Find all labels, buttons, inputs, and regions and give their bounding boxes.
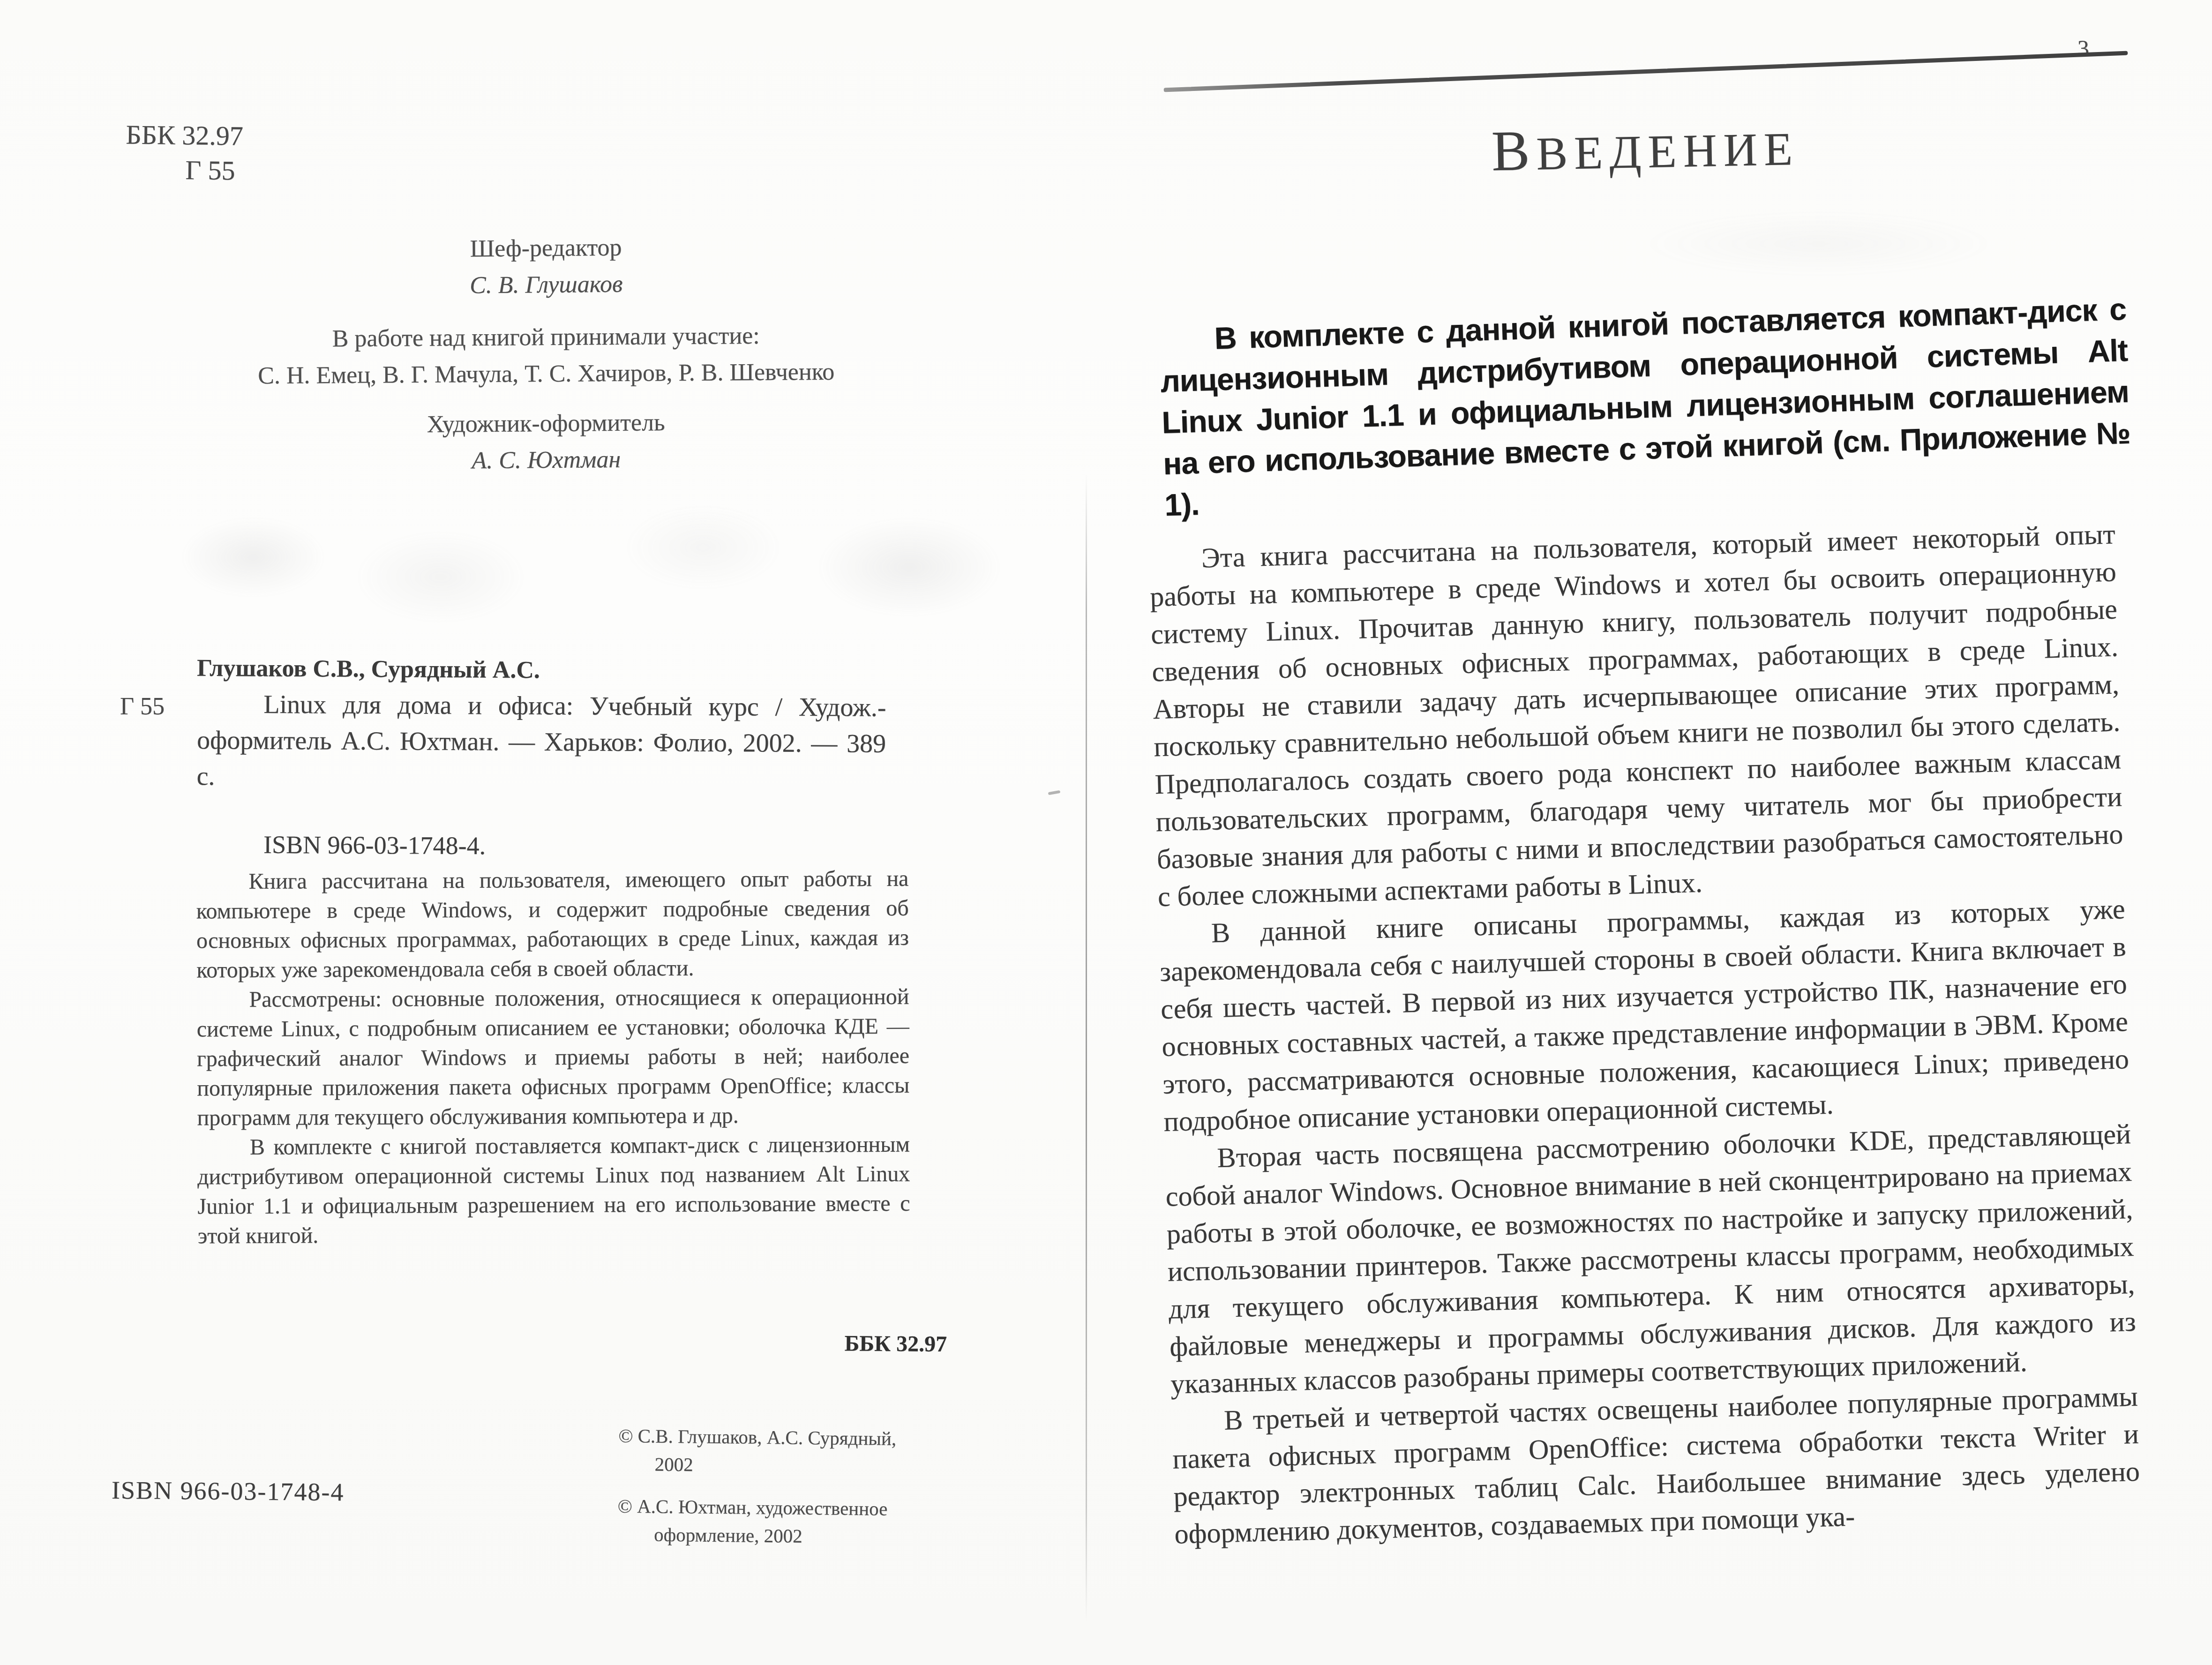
copyright-list: © С.В. Глушаков, А.С. Сурядный, 2002 © А… — [617, 1422, 918, 1566]
body-paragraph: В третьей и четвертой частях освещены на… — [1171, 1378, 2141, 1553]
copyright-item: © А.С. Юхтман, художественное оформление… — [617, 1492, 918, 1552]
body-text-block: Эта книга рассчитана на пользователя, ко… — [1148, 515, 2141, 1552]
annotation-paragraph: Книга рассчитана на пользователя, имеюще… — [196, 864, 909, 985]
annotation-block: Книга рассчитана на пользователя, имеюще… — [196, 864, 910, 1251]
chief-editor-block: Шеф-редактор С. В. Глушаков — [196, 231, 895, 310]
annotation-paragraph: Рассмотрены: основные положения, относящ… — [196, 982, 909, 1133]
bbk-classification-bottom: ББК 32.97 — [666, 1329, 947, 1357]
bbk-author-index: Г 55 — [185, 153, 243, 188]
page-number: 3 — [2077, 35, 2089, 62]
catalog-margin-code: Г 55 — [120, 693, 165, 720]
scan-smudge — [1195, 197, 2086, 291]
body-paragraph: Вторая часть посвящена рассмотрению обол… — [1164, 1115, 2137, 1403]
contributors-block: В работе над книгой принимали участие: С… — [196, 320, 895, 398]
annotation-paragraph: В комплекте с книгой поставляется компак… — [197, 1130, 910, 1251]
gutter-dash-mark — [1048, 790, 1061, 795]
catalog-isbn: ISBN 966-03-1748-4. — [263, 830, 486, 860]
bbk-code: ББК 32.97 — [126, 117, 243, 153]
chief-editor-name: С. В. Глушаков — [197, 267, 896, 303]
scan-bleedthrough-smudge — [84, 469, 1022, 666]
book-scan-spread: ББК 32.97 Г 55 Шеф-редактор С. В. Глушак… — [0, 0, 2212, 1665]
designer-label: Художник-оформитель — [196, 406, 895, 442]
chief-editor-label: Шеф-редактор — [196, 231, 895, 267]
header-rule — [1164, 51, 2128, 92]
isbn-bottom: ISBN 966-03-1748-4 — [112, 1476, 345, 1507]
bbk-classification-top: ББК 32.97 Г 55 — [125, 117, 243, 188]
catalog-entry: Linux для дома и офиса: Учебный курс / Х… — [196, 686, 886, 798]
chapter-title: ВВЕДЕНИЕ — [1162, 112, 2129, 189]
page-gutter-line — [1086, 473, 1087, 1622]
lead-paragraph: В комплекте с данной книгой поставляется… — [1158, 288, 2132, 525]
copyright-item: © С.В. Глушаков, А.С. Сурядный, 2002 — [618, 1422, 918, 1481]
contributors-names: С. Н. Емец, В. Г. Мачула, Т. С. Хачиров,… — [197, 357, 895, 391]
body-paragraph: В данной книге описаны программы, каждая… — [1158, 890, 2130, 1140]
contributors-intro: В работе над книгой принимали участие: — [196, 320, 895, 355]
body-paragraph: Эта книга рассчитана на пользователя, ко… — [1148, 515, 2124, 915]
